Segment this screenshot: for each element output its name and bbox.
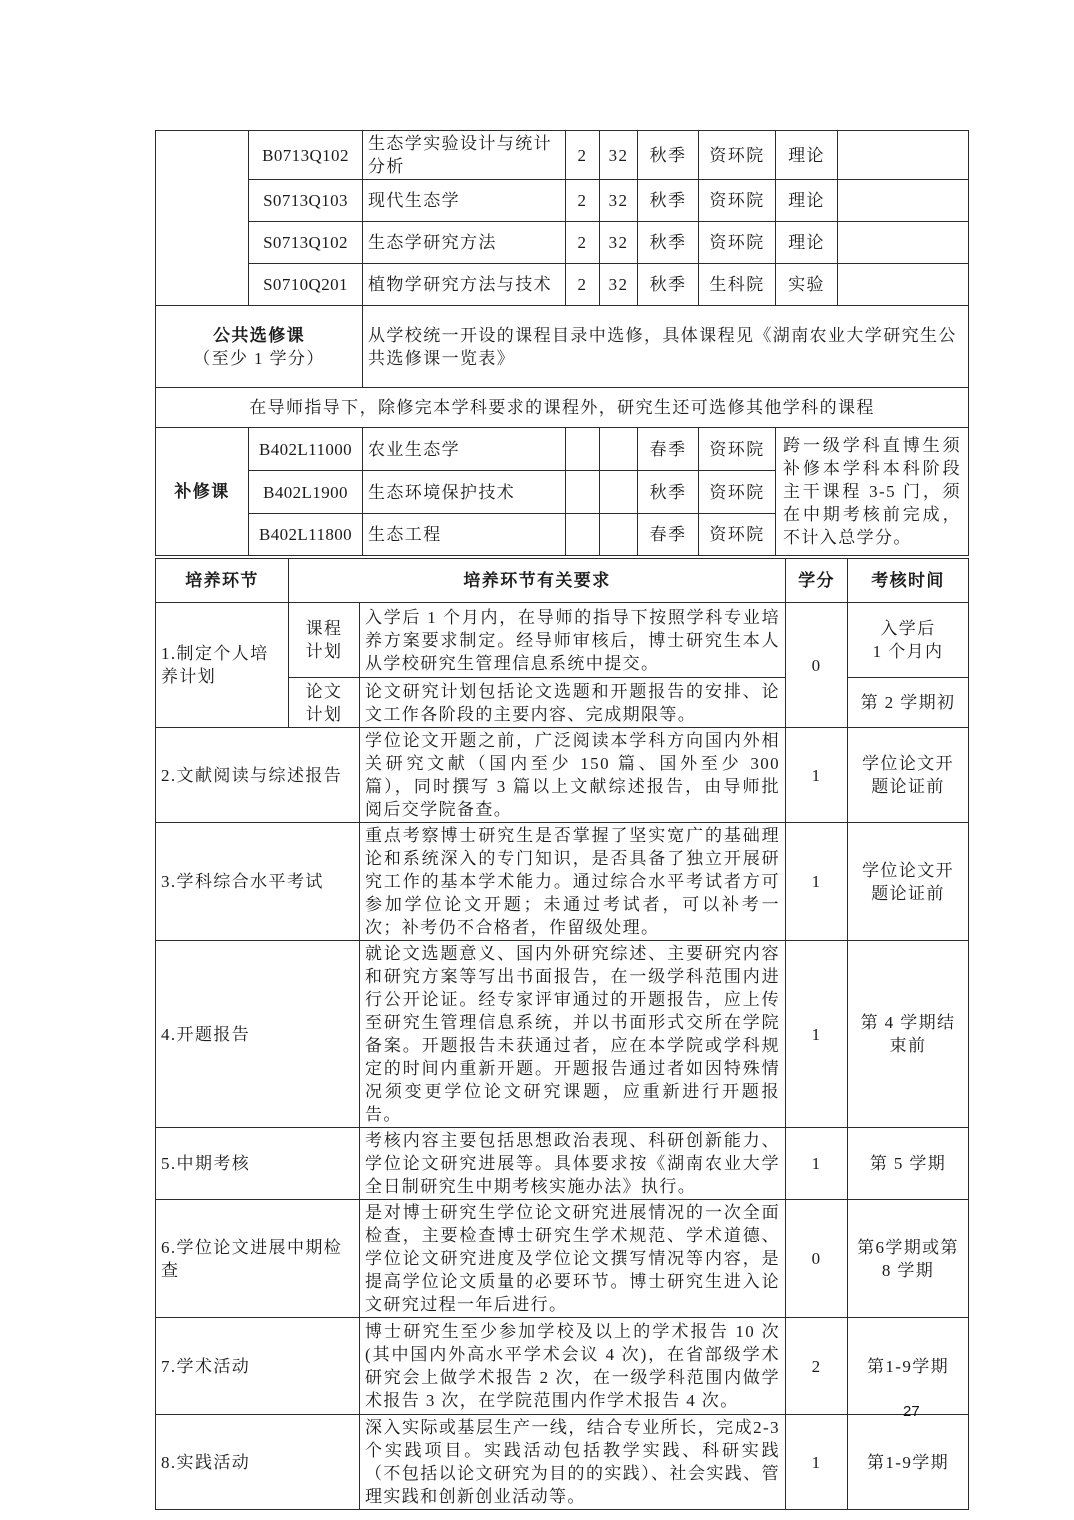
public-elective-label: 公共选修课 [161, 324, 357, 347]
table-row: B0713Q102 生态学实验设计与统计分析 2 32 秋季 资环院 理论 [156, 131, 969, 180]
stage-name: 8.实践活动 [156, 1415, 360, 1510]
stage-name: 4.开题报告 [156, 941, 360, 1128]
header-time: 考核时间 [848, 559, 969, 603]
course-semester: 秋季 [638, 264, 699, 306]
training-table: 培养环节 培养环节有关要求 学分 考核时间 1.制定个人培养计划 课程计划 入学… [155, 558, 969, 1510]
course-college: 资环院 [699, 180, 776, 222]
public-elective-sublabel: （至少 1 学分） [161, 347, 357, 370]
course-credits-cell [566, 514, 600, 556]
time-value: 第 4 学期结 束前 [848, 941, 969, 1128]
stage-name: 7.学术活动 [156, 1318, 360, 1415]
header-requirements: 培养环节有关要求 [289, 559, 786, 603]
requirement-text: 就论文选题意义、国内外研究综述、主要研究内容和研究方案等写出书面报告，在一级学科… [360, 941, 786, 1128]
stage-name: 1.制定个人培养计划 [156, 603, 289, 728]
course-credits-cell [566, 428, 600, 471]
course-college: 生科院 [699, 264, 776, 306]
course-code: S0713Q102 [249, 222, 363, 264]
course-name: 植物学研究方法与技术 [363, 264, 566, 306]
table-row: 补修课 B402L11000 农业生态学 春季 资环院 跨一级学科直博生须补修本… [156, 428, 969, 471]
page-number: 27 [903, 1403, 920, 1420]
table-row: 5.中期考核 考核内容主要包括思想政治表现、科研创新能力、学位论文研究进展等。具… [156, 1128, 969, 1200]
general-note-row: 在导师指导下，除修完本学科要求的课程外，研究生还可选修其他学科的课程 [156, 388, 969, 428]
course-code: B402L11000 [249, 428, 363, 471]
course-category-cell [156, 131, 249, 306]
time-value: 学位论文开 题论证前 [848, 728, 969, 823]
time-value: 第6学期或第 8 学期 [848, 1200, 969, 1318]
course-hours: 32 [600, 222, 638, 264]
table-row: 3.学科综合水平考试 重点考察博士研究生是否掌握了坚实宽广的基础理论和系统深入的… [156, 823, 969, 941]
supplementary-label: 补修课 [156, 428, 249, 556]
course-college: 资环院 [699, 514, 776, 556]
plan-sublabel: 课程计划 [289, 603, 360, 678]
course-name: 现代生态学 [363, 180, 566, 222]
table-row: 1.制定个人培养计划 课程计划 入学后 1 个月内，在导师的指导下按照学科专业培… [156, 603, 969, 678]
course-code: B402L1900 [249, 471, 363, 514]
header-credits: 学分 [786, 559, 848, 603]
credits-value: 0 [786, 1200, 848, 1318]
table-row: 8.实践活动 深入实际或基层生产一线，结合专业所长，完成2-3 个实践项目。实践… [156, 1415, 969, 1510]
stage-name: 5.中期考核 [156, 1128, 360, 1200]
time-value: 第 5 学期 [848, 1128, 969, 1200]
requirement-text: 入学后 1 个月内，在导师的指导下按照学科专业培养方案要求制定。经导师审核后，博… [360, 603, 786, 678]
course-hours: 32 [600, 264, 638, 306]
stage-name: 2.文献阅读与综述报告 [156, 728, 360, 823]
header-stage: 培养环节 [156, 559, 289, 603]
credits-value: 0 [786, 603, 848, 728]
table-row: S0713Q102 生态学研究方法 2 32 秋季 资环院 理论 [156, 222, 969, 264]
course-credits: 2 [566, 222, 600, 264]
time-value: 学位论文开 题论证前 [848, 823, 969, 941]
requirement-text: 论文研究计划包括论文选题和开题报告的安排、论文工作各阶段的主要内容、完成期限等。 [360, 678, 786, 728]
table-row: 2.文献阅读与综述报告 学位论文开题之前，广泛阅读本学科方向国内外相关研究文献（… [156, 728, 969, 823]
table-row: 6.学位论文进展中期检查 是对博士研究生学位论文研究进展情况的一次全面检查，主要… [156, 1200, 969, 1318]
course-semester: 春季 [638, 428, 699, 471]
course-hours: 32 [600, 131, 638, 180]
course-remark-cell [838, 264, 969, 306]
time-value: 第1-9学期 [848, 1318, 969, 1415]
requirement-text: 学位论文开题之前，广泛阅读本学科方向国内外相关研究文献（国内至少 150 篇、国… [360, 728, 786, 823]
course-type: 理论 [776, 180, 838, 222]
supplementary-note: 跨一级学科直博生须补修本学科本科阶段主干课程 3-5 门，须在中期考核前完成，不… [776, 428, 969, 556]
course-semester: 秋季 [638, 471, 699, 514]
course-credits: 2 [566, 131, 600, 180]
requirement-text: 博士研究生至少参加学校及以上的学术报告 10 次(其中国内外高水平学术会议 4 … [360, 1318, 786, 1415]
course-hours-cell [600, 471, 638, 514]
time-value: 第1-9学期 [848, 1415, 969, 1510]
course-hours: 32 [600, 180, 638, 222]
stage-name: 6.学位论文进展中期检查 [156, 1200, 360, 1318]
time-value: 第 2 学期初 [848, 678, 969, 728]
course-credits-cell [566, 471, 600, 514]
course-name: 生态学研究方法 [363, 222, 566, 264]
course-code: B0713Q102 [249, 131, 363, 180]
table-row: 4.开题报告 就论文选题意义、国内外研究综述、主要研究内容和研究方案等写出书面报… [156, 941, 969, 1128]
table-row: 7.学术活动 博士研究生至少参加学校及以上的学术报告 10 次(其中国内外高水平… [156, 1318, 969, 1415]
public-elective-row: 公共选修课 （至少 1 学分） 从学校统一开设的课程目录中选修，具体课程见《湖南… [156, 306, 969, 388]
stage-name: 3.学科综合水平考试 [156, 823, 360, 941]
course-semester: 秋季 [638, 222, 699, 264]
course-semester: 秋季 [638, 131, 699, 180]
course-hours-cell [600, 514, 638, 556]
course-semester: 秋季 [638, 180, 699, 222]
course-college: 资环院 [699, 428, 776, 471]
course-college: 资环院 [699, 222, 776, 264]
requirement-text: 重点考察博士研究生是否掌握了坚实宽广的基础理论和系统深入的专门知识，是否具备了独… [360, 823, 786, 941]
requirement-text: 深入实际或基层生产一线，结合专业所长，完成2-3 个实践项目。实践活动包括教学实… [360, 1415, 786, 1510]
course-name: 生态环境保护技术 [363, 471, 566, 514]
general-note: 在导师指导下，除修完本学科要求的课程外，研究生还可选修其他学科的课程 [156, 388, 969, 428]
time-value: 入学后 1 个月内 [848, 603, 969, 678]
course-name: 农业生态学 [363, 428, 566, 471]
table-row: S0710Q201 植物学研究方法与技术 2 32 秋季 生科院 实验 [156, 264, 969, 306]
course-college: 资环院 [699, 131, 776, 180]
course-credits: 2 [566, 180, 600, 222]
training-header-row: 培养环节 培养环节有关要求 学分 考核时间 [156, 559, 969, 603]
public-elective-description: 从学校统一开设的课程目录中选修，具体课程见《湖南农业大学研究生公共选修课一览表》 [363, 306, 969, 388]
course-code: S0713Q103 [249, 180, 363, 222]
course-remark-cell [838, 180, 969, 222]
course-name: 生态学实验设计与统计分析 [363, 131, 566, 180]
document-page: B0713Q102 生态学实验设计与统计分析 2 32 秋季 资环院 理论 S0… [0, 0, 1074, 1520]
credits-value: 1 [786, 1415, 848, 1510]
course-code: S0710Q201 [249, 264, 363, 306]
credits-value: 1 [786, 1128, 848, 1200]
credits-value: 2 [786, 1318, 848, 1415]
course-semester: 春季 [638, 514, 699, 556]
table-row: S0713Q103 现代生态学 2 32 秋季 资环院 理论 [156, 180, 969, 222]
credits-value: 1 [786, 823, 848, 941]
course-type: 理论 [776, 131, 838, 180]
course-remark-cell [838, 131, 969, 180]
course-college: 资环院 [699, 471, 776, 514]
requirement-text: 是对博士研究生学位论文研究进展情况的一次全面检查，主要检查博士研究生学术规范、学… [360, 1200, 786, 1318]
public-elective-label-cell: 公共选修课 （至少 1 学分） [156, 306, 363, 388]
course-code: B402L11800 [249, 514, 363, 556]
course-type: 理论 [776, 222, 838, 264]
requirement-text: 考核内容主要包括思想政治表现、科研创新能力、学位论文研究进展等。具体要求按《湖南… [360, 1128, 786, 1200]
course-table: B0713Q102 生态学实验设计与统计分析 2 32 秋季 资环院 理论 S0… [155, 130, 969, 556]
course-credits: 2 [566, 264, 600, 306]
course-name: 生态工程 [363, 514, 566, 556]
course-remark-cell [838, 222, 969, 264]
credits-value: 1 [786, 941, 848, 1128]
course-type: 实验 [776, 264, 838, 306]
course-hours-cell [600, 428, 638, 471]
credits-value: 1 [786, 728, 848, 823]
plan-sublabel: 论文计划 [289, 678, 360, 728]
